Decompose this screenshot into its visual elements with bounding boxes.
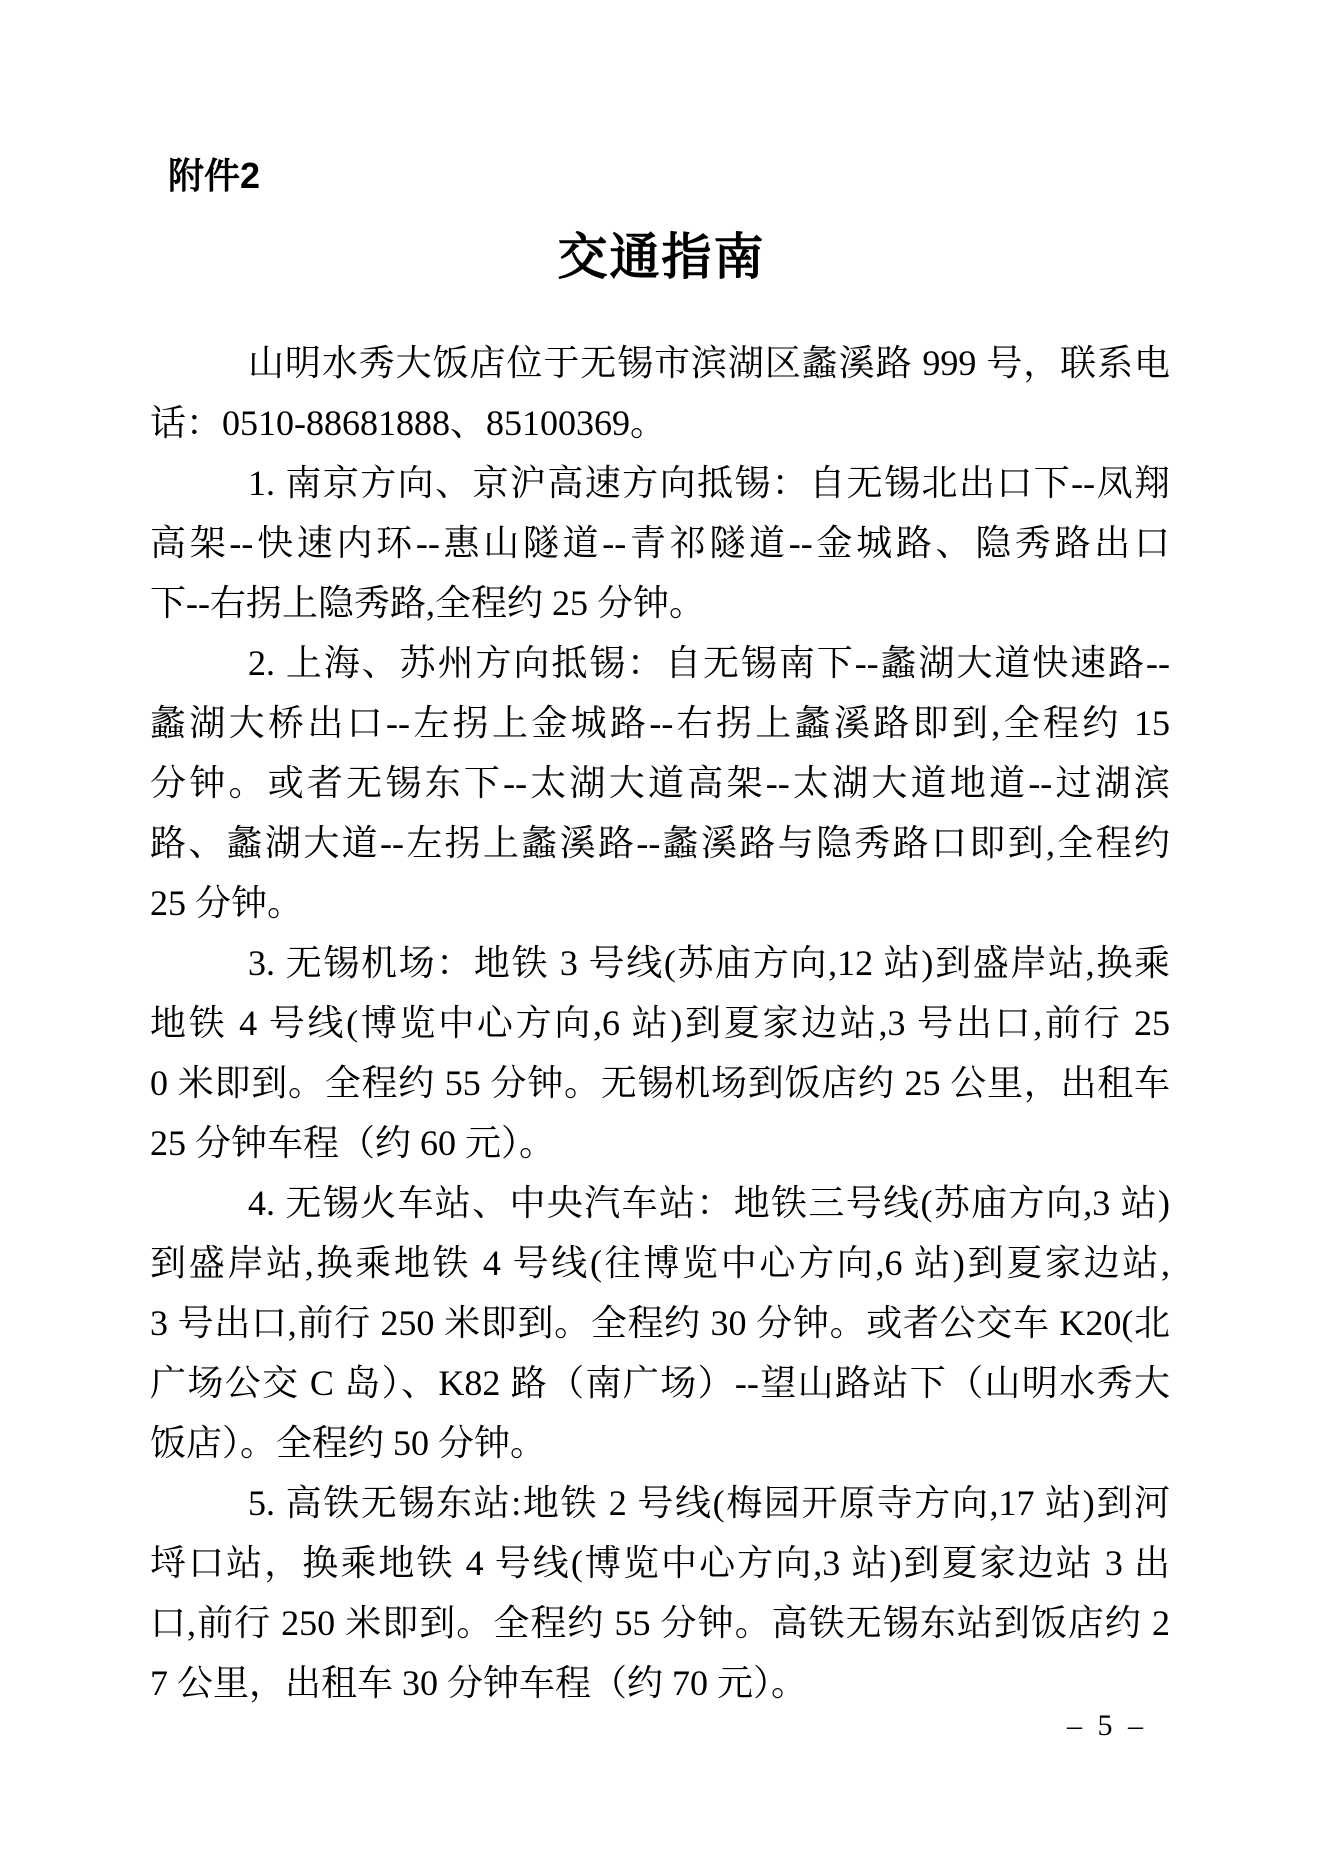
body-line: 埒口站，换乘地铁 4 号线(博览中心方向,3 站)到夏家边站 3 出 xyxy=(150,1533,1170,1593)
page-title: 交通指南 xyxy=(0,224,1323,290)
body-line: 4. 无锡火车站、中央汽车站：地铁三号线(苏庙方向,3 站) xyxy=(150,1173,1170,1233)
body-line: 口,前行 250 米即到。全程约 55 分钟。高铁无锡东站到饭店约 2 xyxy=(150,1593,1170,1653)
page-number: – 5 – xyxy=(1067,1706,1147,1746)
body-line: 25 分钟。 xyxy=(150,873,1170,933)
body-line: 2. 上海、苏州方向抵锡：自无锡南下--蠡湖大道快速路-- xyxy=(150,633,1170,693)
body-line: 话：0510-88681888、85100369。 xyxy=(150,393,1170,453)
body-line: 山明水秀大饭店位于无锡市滨湖区蠡溪路 999 号，联系电 xyxy=(150,333,1170,393)
body-line: 蠡湖大桥出口--左拐上金城路--右拐上蠡溪路即到,全程约 15 xyxy=(150,693,1170,753)
body-line: 地铁 4 号线(博览中心方向,6 站)到夏家边站,3 号出口,前行 25 xyxy=(150,993,1170,1053)
document-body: 山明水秀大饭店位于无锡市滨湖区蠡溪路 999 号，联系电话：0510-88681… xyxy=(150,333,1170,1713)
body-line: 7 公里，出租车 30 分钟车程（约 70 元）。 xyxy=(150,1653,1170,1713)
document-page: 附件2 交通指南 山明水秀大饭店位于无锡市滨湖区蠡溪路 999 号，联系电话：0… xyxy=(0,0,1323,1871)
body-line: 5. 高铁无锡东站:地铁 2 号线(梅园开原寺方向,17 站)到河 xyxy=(150,1473,1170,1533)
body-line: 3 号出口,前行 250 米即到。全程约 30 分钟。或者公交车 K20(北 xyxy=(150,1293,1170,1353)
body-line: 到盛岸站,换乘地铁 4 号线(往博览中心方向,6 站)到夏家边站, xyxy=(150,1233,1170,1293)
body-line: 广场公交 C 岛）、K82 路（南广场）--望山路站下（山明水秀大 xyxy=(150,1353,1170,1413)
body-line: 饭店）。全程约 50 分钟。 xyxy=(150,1413,1170,1473)
body-line: 25 分钟车程（约 60 元）。 xyxy=(150,1113,1170,1173)
body-line: 分钟。或者无锡东下--太湖大道高架--太湖大道地道--过湖滨 xyxy=(150,753,1170,813)
body-line: 0 米即到。全程约 55 分钟。无锡机场到饭店约 25 公里，出租车 xyxy=(150,1053,1170,1113)
body-line: 路、蠡湖大道--左拐上蠡溪路--蠡溪路与隐秀路口即到,全程约 xyxy=(150,813,1170,873)
body-line: 3. 无锡机场：地铁 3 号线(苏庙方向,12 站)到盛岸站,换乘 xyxy=(150,933,1170,993)
body-line: 下--右拐上隐秀路,全程约 25 分钟。 xyxy=(150,573,1170,633)
body-line: 高架--快速内环--惠山隧道--青祁隧道--金城路、隐秀路出口 xyxy=(150,513,1170,573)
attachment-label: 附件2 xyxy=(168,155,260,197)
body-line: 1. 南京方向、京沪高速方向抵锡：自无锡北出口下--凤翔 xyxy=(150,453,1170,513)
